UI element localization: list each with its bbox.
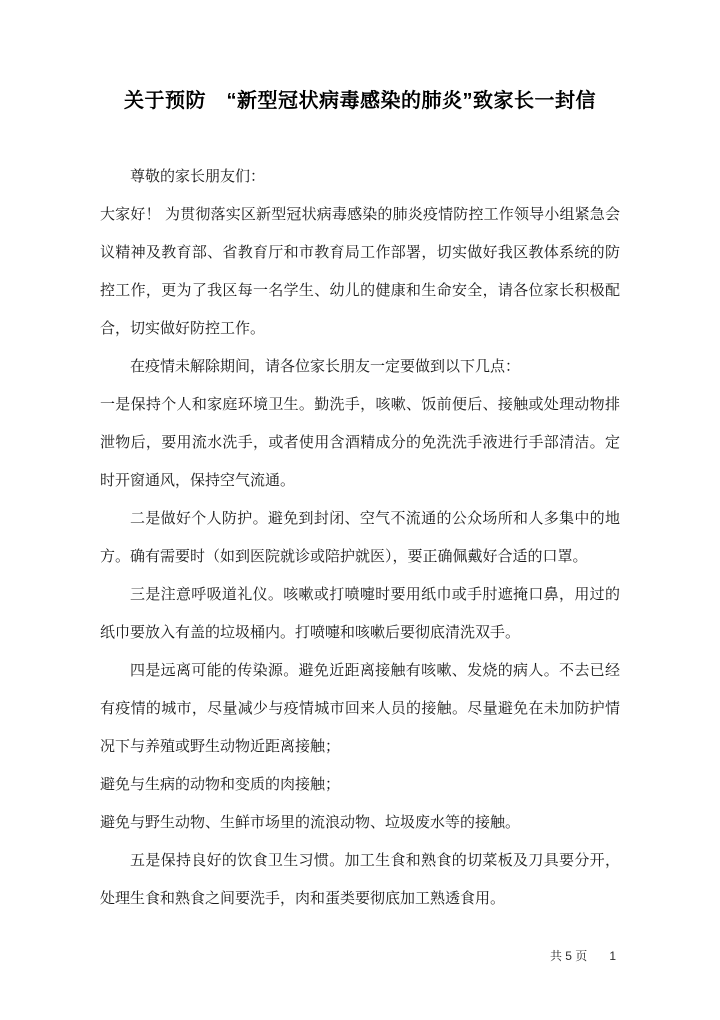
document-page: 关于预防 “新型冠状病毒感染的肺炎”致家长一封信 尊敬的家长朋友们：大家好！ 为…	[0, 0, 720, 1020]
paragraph: 避免与野生动物、生鲜市场里的流浪动物、垃圾废水等的接触。	[100, 804, 620, 842]
page-number: 1	[609, 949, 616, 963]
paragraph: 五是保持良好的饮食卫生习惯。加工生食和熟食的切菜板及刀具要分开，处理生食和熟食之…	[100, 842, 620, 918]
paragraph: 四是远离可能的传染源。避免近距离接触有咳嗽、发烧的病人。不去已经有疫情的城市，尽…	[100, 652, 620, 766]
total-pages-label: 共 5 页	[550, 947, 587, 964]
paragraph: 避免与生病的动物和变质的肉接触；	[100, 766, 620, 804]
paragraph: 一是保持个人和家庭环境卫生。勤洗手，咳嗽、饭前便后、接触或处理动物排泄物后，要用…	[100, 386, 620, 500]
page-footer: 共 5 页 1	[550, 947, 616, 964]
paragraph: 三是注意呼吸道礼仪。咳嗽或打喷嚏时要用纸巾或手肘遮掩口鼻，用过的纸巾要放入有盖的…	[100, 576, 620, 652]
paragraph: 大家好！ 为贯彻落实区新型冠状病毒感染的肺炎疫情防控工作领导小组紧急会议精神及教…	[100, 196, 620, 348]
paragraph: 在疫情未解除期间，请各位家长朋友一定要做到以下几点：	[100, 348, 620, 386]
paragraph: 尊敬的家长朋友们：	[100, 158, 620, 196]
paragraph: 二是做好个人防护。避免到封闭、空气不流通的公众场所和人多集中的地方。确有需要时（…	[100, 500, 620, 576]
document-title: 关于预防 “新型冠状病毒感染的肺炎”致家长一封信	[100, 88, 620, 114]
document-body: 尊敬的家长朋友们：大家好！ 为贯彻落实区新型冠状病毒感染的肺炎疫情防控工作领导小…	[100, 158, 620, 918]
